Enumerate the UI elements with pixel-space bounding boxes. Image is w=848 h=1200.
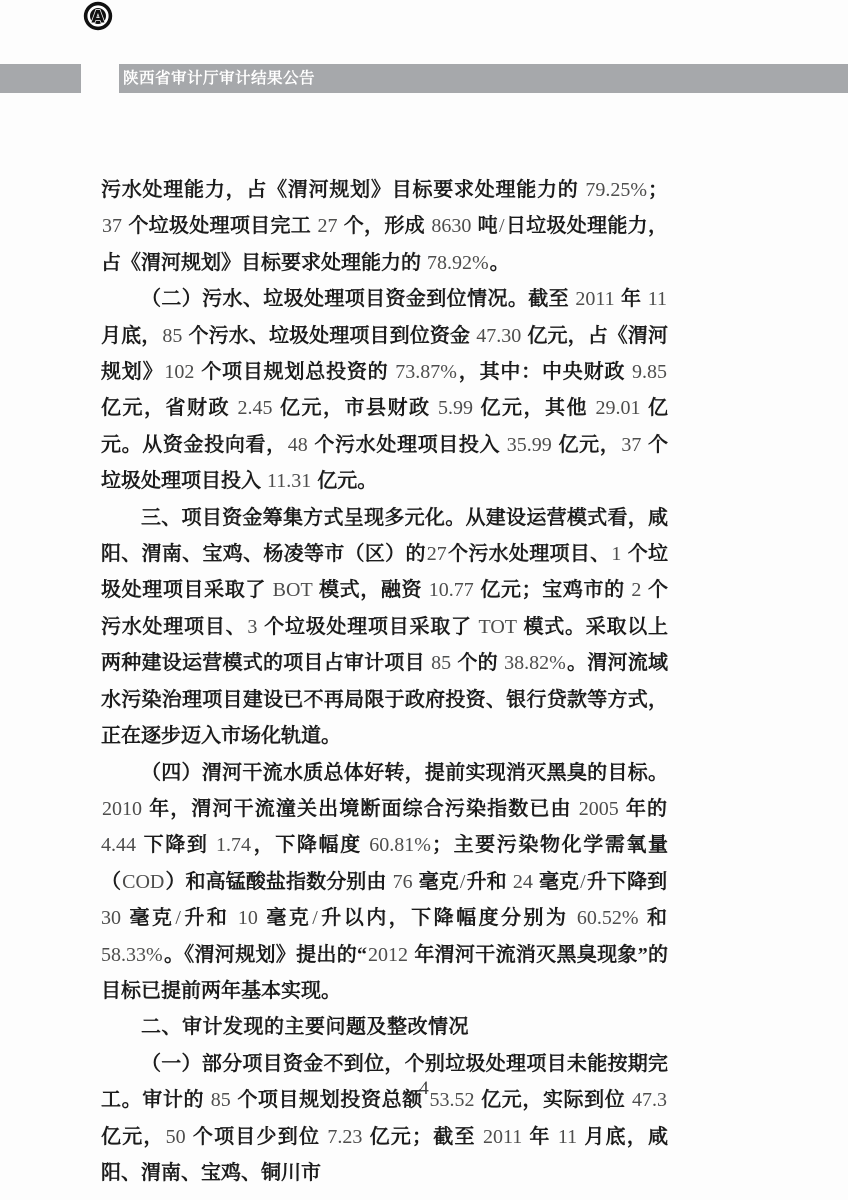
audit-emblem-icon: A (83, 1, 113, 31)
paragraph: （四）渭河干流水质总体好转，提前实现消灭黑臭的目标。2010 年，渭河干流潼关出… (101, 755, 668, 1010)
page-header: 陕西省审计厅审计结果公告 (0, 64, 848, 93)
document-body: 污水处理能力，占《渭河规划》目标要求处理能力的 79.25%；37 个垃圾处理项… (101, 172, 668, 1191)
section-heading: 二、审计发现的主要问题及整改情况 (101, 1009, 668, 1045)
header-title: 陕西省审计厅审计结果公告 (123, 64, 315, 93)
paragraph: （一）部分项目资金不到位，个别垃圾处理项目未能按期完工。审计的 85 个项目规划… (101, 1046, 668, 1192)
document-page: 陕西省审计厅审计结果公告 A 污水处理能力，占《渭河规划》目标要求处理能力的 7… (0, 0, 848, 1200)
logo-gap (81, 64, 119, 93)
paragraph: 污水处理能力，占《渭河规划》目标要求处理能力的 79.25%；37 个垃圾处理项… (101, 172, 668, 281)
paragraph: （二）污水、垃圾处理项目资金到位情况。截至 2011 年 11 月底，85 个污… (101, 281, 668, 499)
svg-text:A: A (91, 8, 105, 28)
paragraph: 三、项目资金筹集方式呈现多元化。从建设运营模式看，咸阳、渭南、宝鸡、杨凌等市（区… (101, 500, 668, 755)
page-number: 4 (0, 1078, 848, 1100)
